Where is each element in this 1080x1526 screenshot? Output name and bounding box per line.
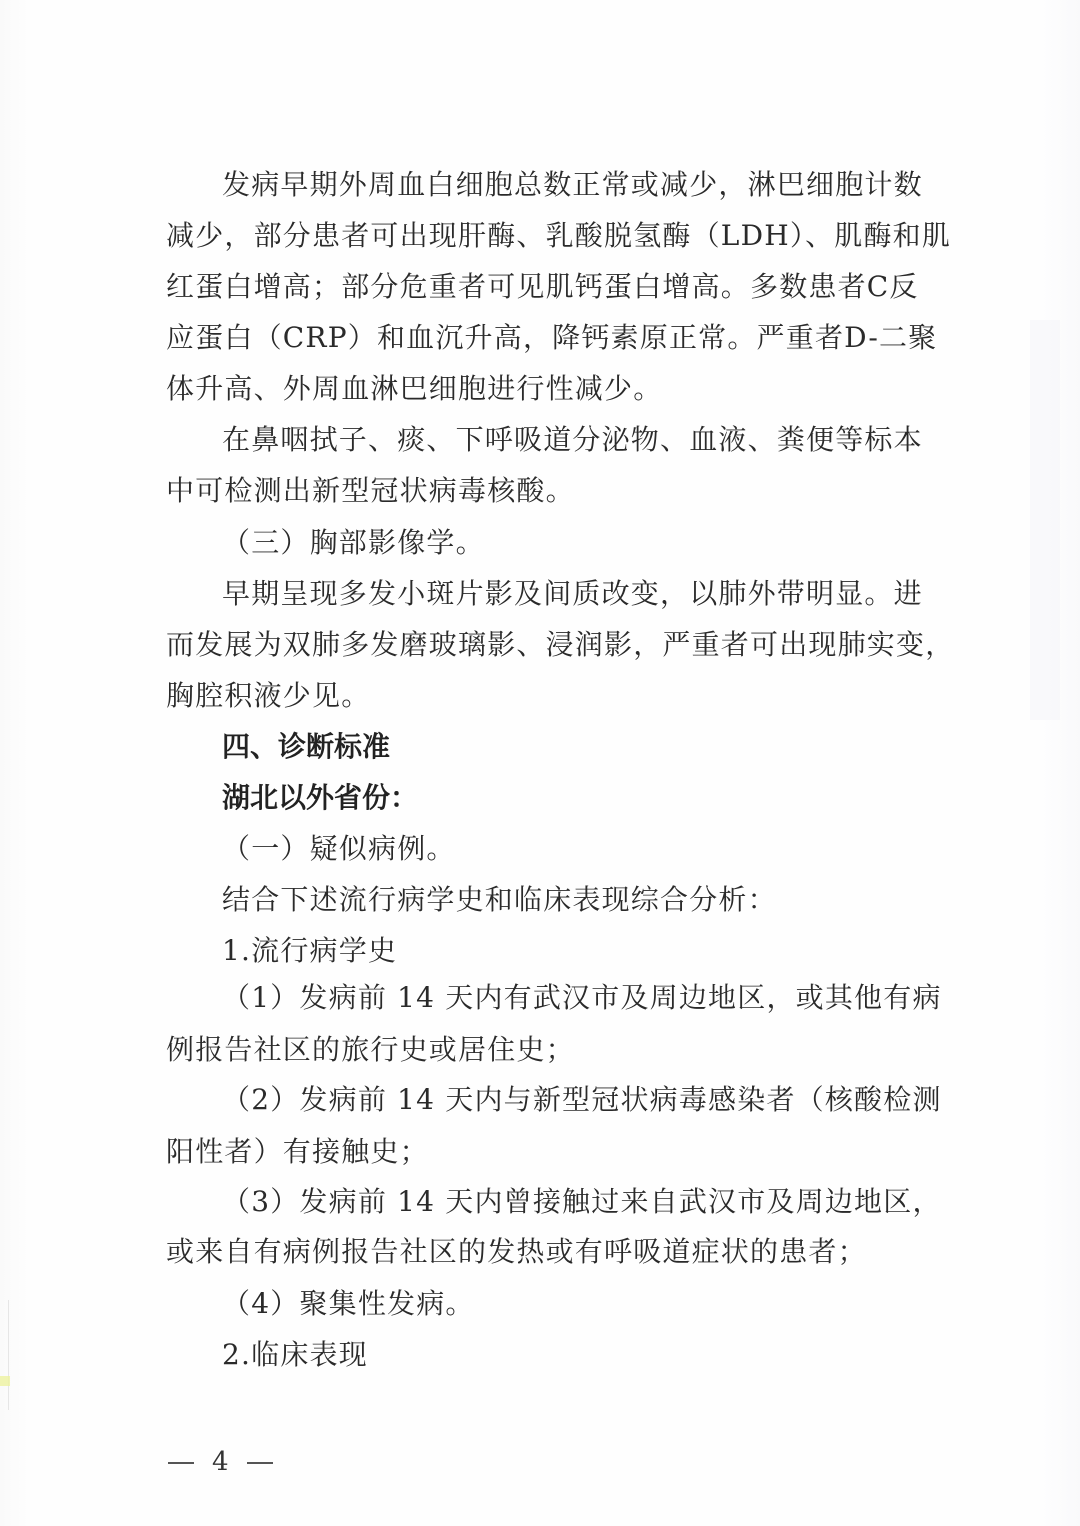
section-heading-diagnosis: 四、诊断标准 (222, 722, 390, 772)
page-number: 4 (212, 1444, 229, 1480)
section-subheading-outside-hubei: 湖北以外省份： (222, 773, 418, 823)
subheading-epidemiology: 1.流行病学史 (222, 926, 397, 976)
list-item-3-line-1: （3）发病前 14 天内曾接触过来自武汉市及周边地区， (222, 1177, 918, 1227)
paragraph-imaging-line-3: 胸腔积液少见。 (166, 671, 370, 721)
paragraph-lab-findings-line-2: 减少，部分患者可出现肝酶、乳酸脱氢酶（LDH）、肌酶和肌 (166, 211, 918, 261)
list-item-4: （4）聚集性发病。 (222, 1279, 475, 1329)
paragraph-lab-findings-line-5: 体升高、外周血淋巴细胞进行性减少。 (166, 364, 662, 414)
paragraph-specimen-line-1: 在鼻咽拭子、痰、下呼吸道分泌物、血液、粪便等标本 (222, 415, 918, 465)
scan-shadow (1030, 320, 1060, 720)
dash-left (168, 1462, 194, 1464)
subheading-chest-imaging: （三）胸部影像学。 (222, 518, 485, 568)
paragraph-imaging-line-2: 而发展为双肺多发磨玻璃影、浸润影，严重者可出现肺实变， (166, 620, 918, 670)
paragraph-lab-findings-line-4: 应蛋白（CRP）和血沉升高，降钙素原正常。严重者D-二聚 (166, 313, 918, 363)
subheading-suspected-cases: （一）疑似病例。 (222, 824, 456, 874)
dash-right (247, 1462, 273, 1464)
paragraph-lab-findings-line-3: 红蛋白增高；部分危重者可见肌钙蛋白增高。多数患者C反 (166, 262, 918, 312)
paragraph-imaging-line-1: 早期呈现多发小斑片影及间质改变，以肺外带明显。进 (222, 569, 918, 619)
document-page: 发病早期外周血白细胞总数正常或减少，淋巴细胞计数 减少，部分患者可出现肝酶、乳酸… (0, 0, 1080, 1526)
paragraph-specimen-line-2: 中可检测出新型冠状病毒核酸。 (166, 466, 575, 516)
list-item-2-line-1: （2）发病前 14 天内与新型冠状病毒感染者（核酸检测 (222, 1075, 918, 1125)
highlight-mark (0, 1376, 10, 1386)
list-item-1-line-1: （1）发病前 14 天内有武汉市及周边地区，或其他有病 (222, 973, 918, 1023)
subheading-clinical-manifestations: 2.临床表现 (222, 1330, 368, 1380)
list-item-3-line-2: 或来自有病例报告社区的发热或有呼吸道症状的患者； (166, 1227, 867, 1277)
paragraph-lab-findings-line-1: 发病早期外周血白细胞总数正常或减少，淋巴细胞计数 (222, 160, 918, 210)
list-item-2-line-2: 阳性者）有接触史； (166, 1127, 429, 1177)
list-item-1-line-2: 例报告社区的旅行史或居住史； (166, 1025, 575, 1075)
paragraph-combined-analysis: 结合下述流行病学史和临床表现综合分析： (222, 875, 777, 925)
page-number-footer: 4 (168, 1444, 273, 1480)
scan-edge-line (8, 1300, 9, 1410)
